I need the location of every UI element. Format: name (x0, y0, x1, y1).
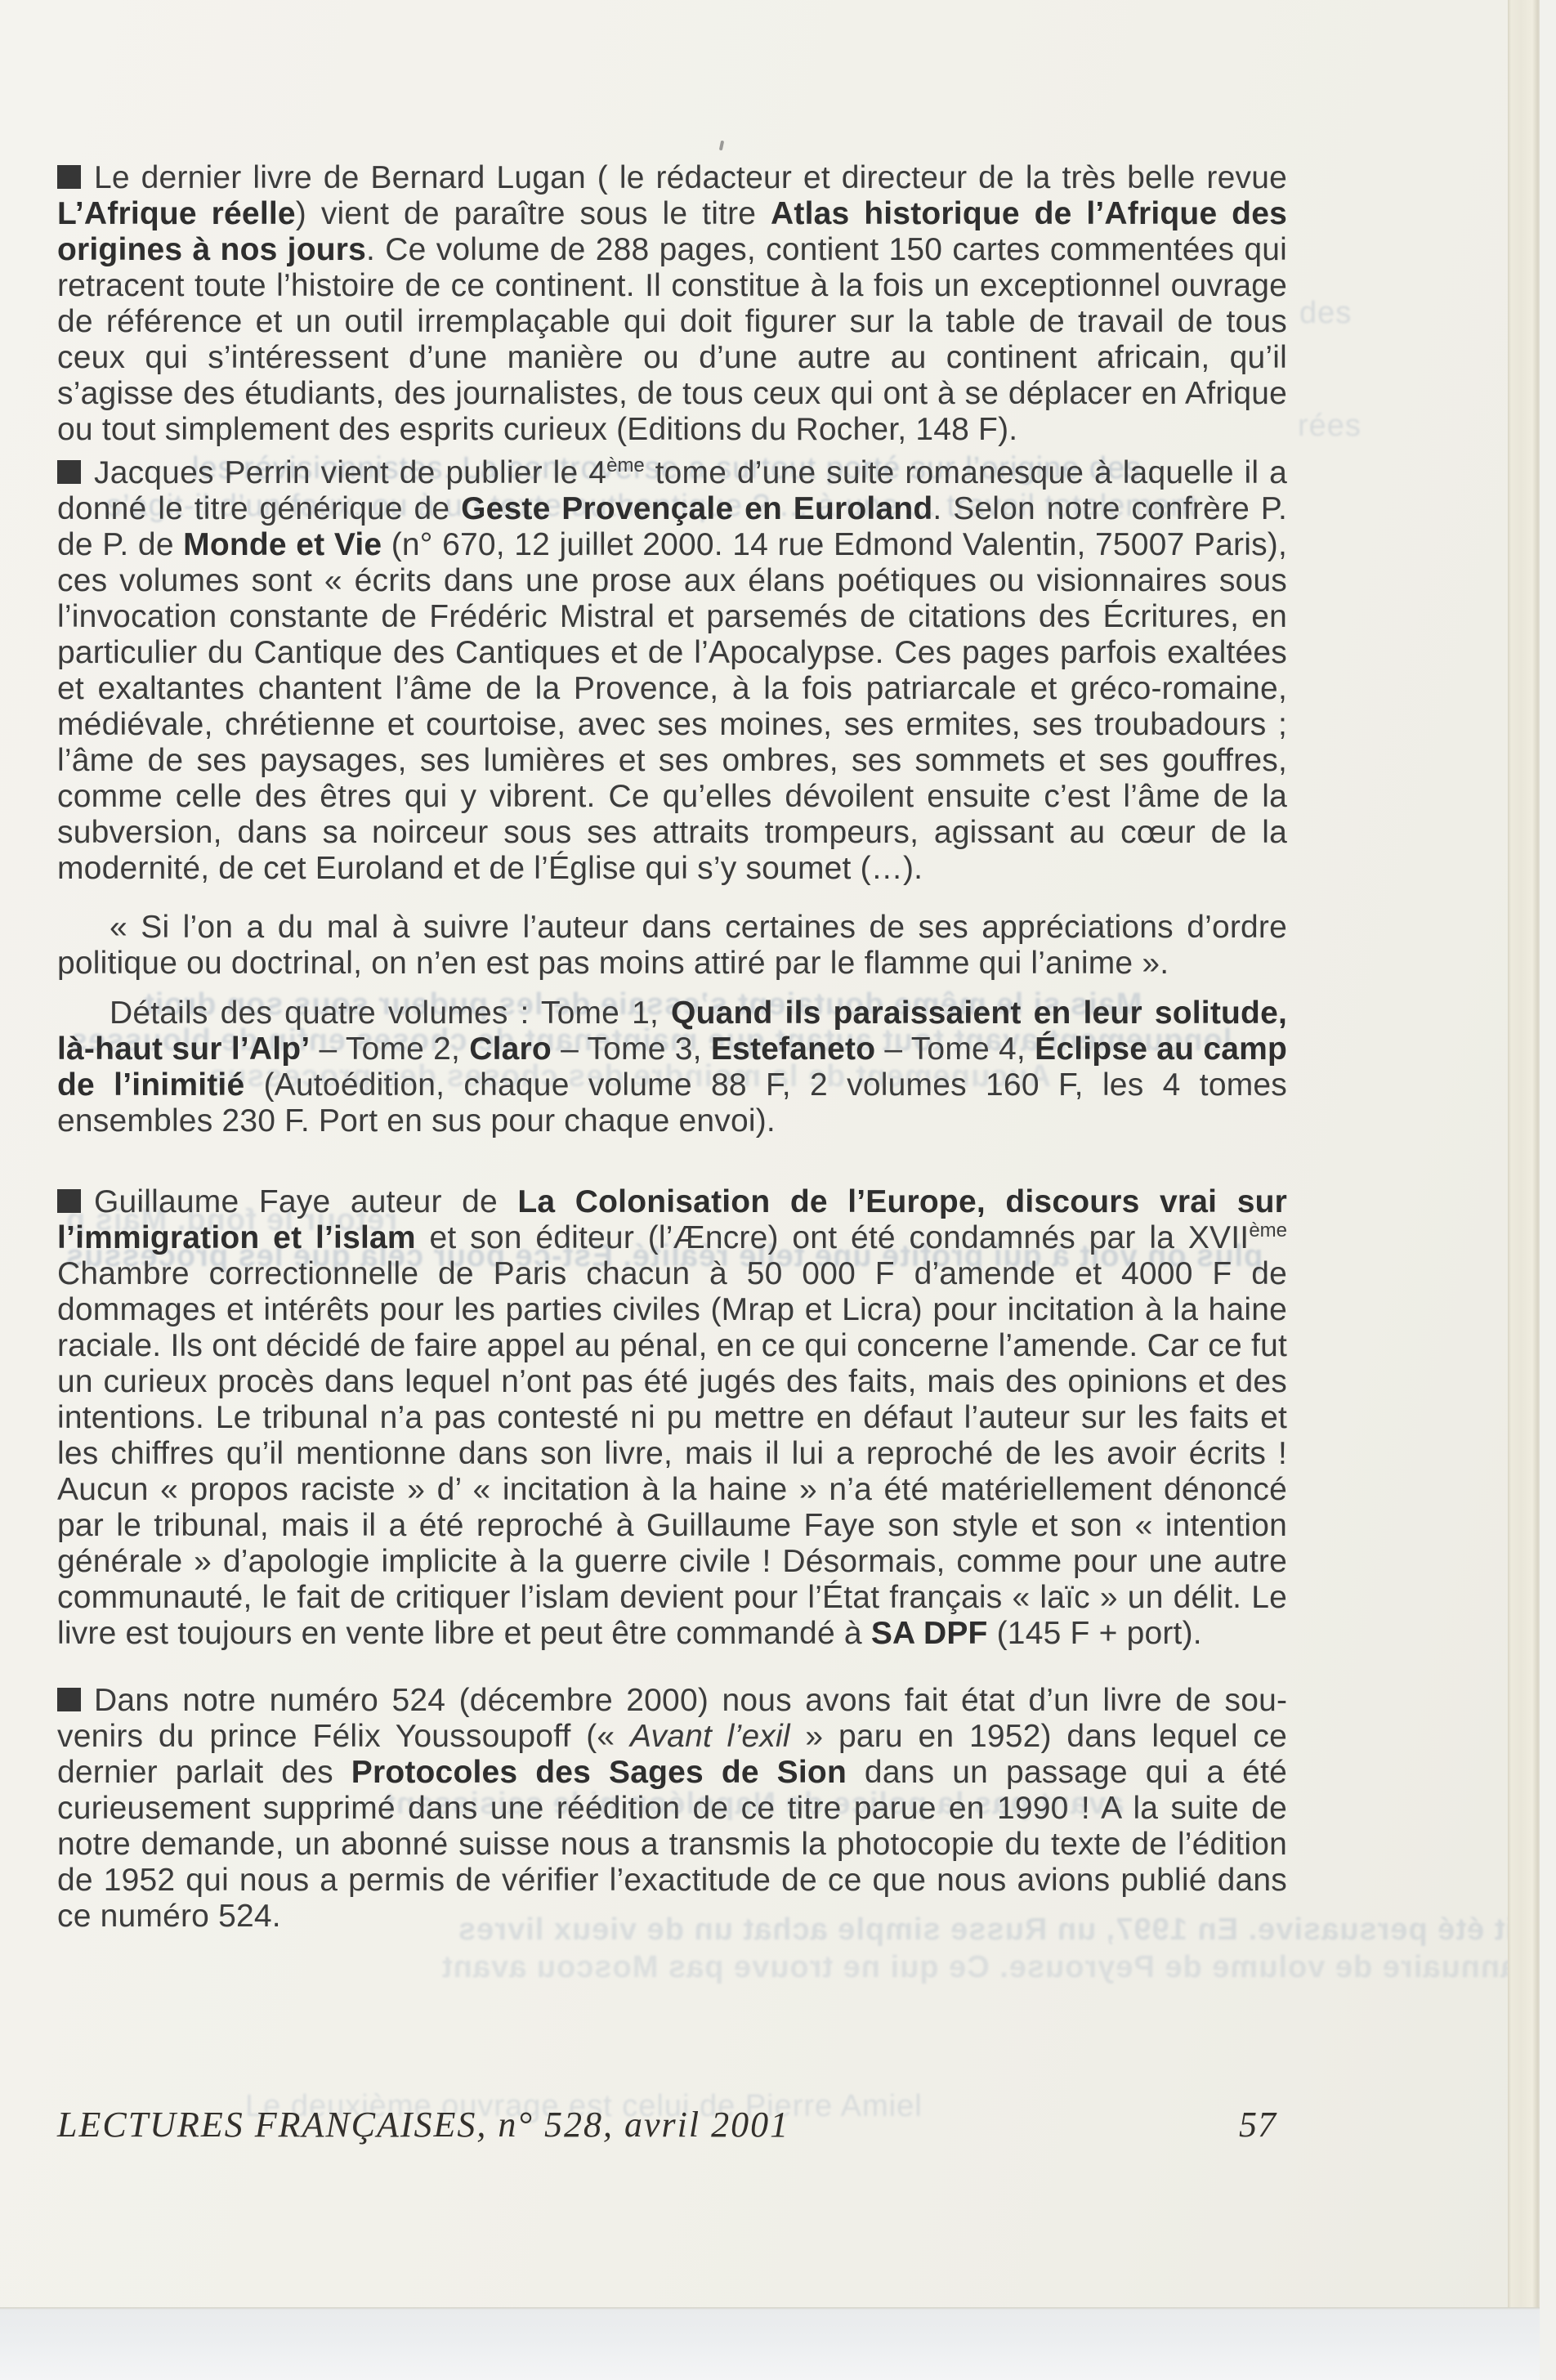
text-segment: Geste Provençale en Euroland (461, 491, 932, 526)
text-segment: Détails des quatre volumes : Tome 1, (110, 995, 671, 1031)
bleed-through-text: dans l’annuaire de volume de Peyrouse. C… (441, 1950, 1508, 1985)
black-square-bullet-icon (57, 1189, 81, 1213)
paragraph: Dans notre numéro 524 (décembre 2000) no… (57, 1683, 1287, 1935)
text-segment: L’Afrique réelle (57, 196, 296, 231)
text-segment: Protocoles des Sages de Sion (351, 1755, 847, 1790)
journal-title: LECTURES FRANÇAISES, n° 528, avril 2001 (57, 2104, 789, 2145)
black-square-bullet-icon (57, 1688, 81, 1711)
text-segment: (145 F + port). (988, 1616, 1202, 1651)
page-edge-right (1508, 0, 1540, 2320)
bleed-through-text: des (1299, 296, 1352, 331)
text-segment: ème (1249, 1219, 1287, 1241)
text-segment: – Tome 3, (552, 1031, 711, 1067)
text-segment: Le dernier livre de Bernard Lugan ( le r… (94, 160, 1287, 195)
black-square-bullet-icon (57, 460, 81, 484)
text-segment: SA DPF (871, 1616, 988, 1651)
paragraph: Détails des quatre volumes : Tome 1, Qua… (57, 995, 1287, 1139)
text-segment: – Tome 2, (310, 1031, 469, 1067)
text-segment: « Si l’on a du mal à suivre l’auteur dan… (57, 910, 1287, 981)
text-segment: Guillaume Faye auteur de (94, 1184, 517, 1219)
black-square-bullet-icon (57, 165, 81, 189)
text-segment: ème (606, 454, 645, 476)
bleed-through-text: rées (1298, 409, 1361, 444)
scanned-page: les révisionnistes. La controverse a sur… (0, 0, 1556, 2380)
paragraph: « Si l’on a du mal à suivre l’auteur dan… (57, 910, 1287, 982)
text-segment: Monde et Vie (183, 527, 382, 562)
page-footer: LECTURES FRANÇAISES, n° 528, avril 2001 … (57, 2104, 1283, 2145)
paragraph: Le dernier livre de Bernard Lugan ( le r… (57, 160, 1287, 448)
scanner-background-bottom (0, 2307, 1540, 2380)
text-segment: Claro (469, 1031, 552, 1067)
text-segment: ) vient de paraître sous le titre (296, 196, 771, 231)
text-segment: Avant l’exil (630, 1719, 790, 1754)
paragraph: Guillaume Faye auteur de La Colonisation… (57, 1184, 1287, 1652)
text-segment: Estefaneto (711, 1031, 875, 1067)
paragraph: Jacques Perrin vient de publier le 4ème … (57, 455, 1287, 887)
text-segment: Chambre correctionnelle de Paris chacun … (57, 1256, 1287, 1651)
scanner-background-right (1540, 0, 1556, 2380)
text-segment: (n° 670, 12 juillet 2000. 14 rue Edmond … (57, 527, 1287, 886)
scan-dust-speck (719, 141, 724, 151)
article-body: Le dernier livre de Bernard Lugan ( le r… (57, 160, 1287, 1935)
page-number: 57 (1239, 2104, 1283, 2145)
book-page: les révisionnistes. La controverse a sur… (0, 0, 1508, 2307)
text-segment: – Tome 4, (875, 1031, 1035, 1067)
text-segment: Jacques Perrin vient de publier le 4 (94, 455, 606, 490)
text-segment: et son éditeur (l’Æncre) ont été condamn… (416, 1220, 1250, 1255)
